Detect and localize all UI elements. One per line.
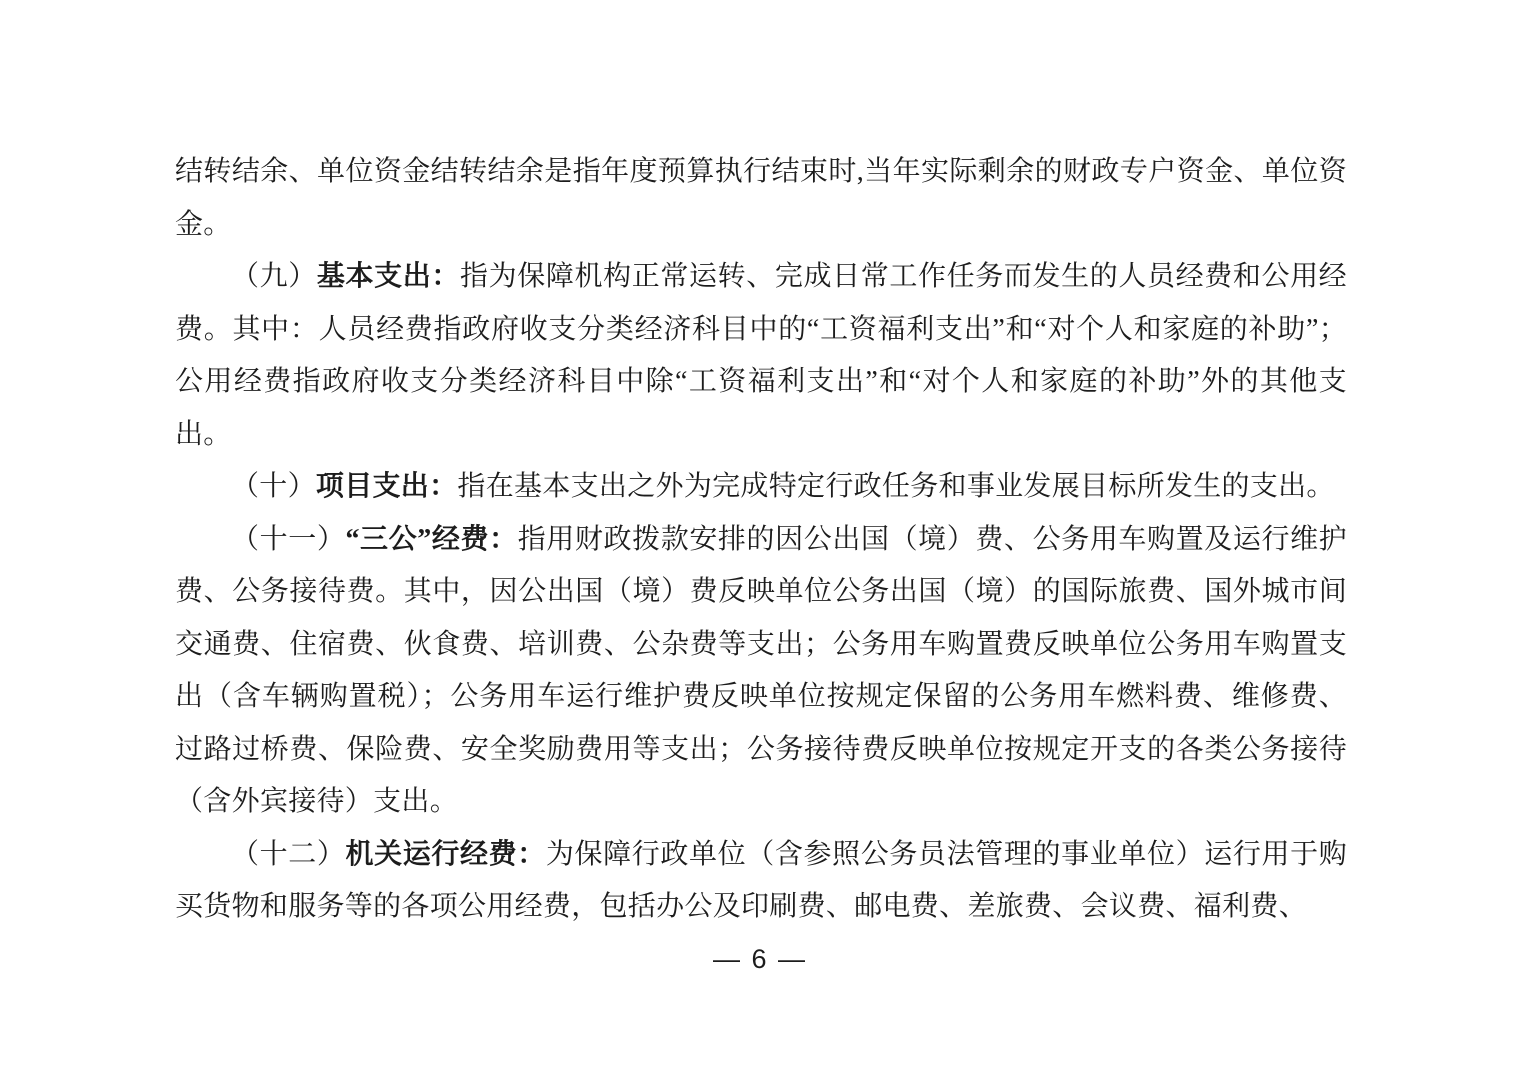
paragraph: （十）项目支出：指在基本支出之外为完成特定行政任务和事业发展目标所发生的支出。 [175,461,1347,514]
document-body: 结转结余、单位资金结转结余是指年度预算执行结束时,当年实际剩余的财政专户资金、单… [175,146,1347,934]
paragraph-term: 机关运行经费： [346,839,546,870]
paragraph: （十一）“三公”经费：指用财政拨款安排的因公出国（境）费、公务用车购置及运行维护… [175,514,1347,829]
paragraph-text: （九） [231,261,317,292]
paragraph-term: 基本支出： [317,261,460,292]
paragraph: （九）基本支出：指为保障机构正常运转、完成日常工作任务而发生的人员经费和公用经费… [175,251,1347,461]
paragraph-text: 指用财政拨款安排的因公出国（境）费、公务用车购置及运行维护费、公务接待费。其中，… [175,524,1347,818]
document-page: 结转结余、单位资金结转结余是指年度预算执行结束时,当年实际剩余的财政专户资金、单… [0,0,1520,1074]
paragraph-text: （十一） [231,524,345,555]
paragraph-term: 项目支出： [316,471,458,502]
paragraph-term: “三公”经费： [345,524,517,555]
paragraph: 结转结余、单位资金结转结余是指年度预算执行结束时,当年实际剩余的财政专户资金、单… [175,146,1347,251]
paragraph-text: 结转结余、单位资金结转结余是指年度预算执行结束时,当年实际剩余的财政专户资金、单… [175,156,1347,240]
paragraph-text: （十二） [231,839,346,870]
page-number: — 6 — [0,944,1520,975]
paragraph: （十二）机关运行经费：为保障行政单位（含参照公务员法管理的事业单位）运行用于购买… [175,829,1347,934]
paragraph-text: 指在基本支出之外为完成特定行政任务和事业发展目标所发生的支出。 [457,471,1334,502]
paragraph-text: （十） [231,471,316,502]
